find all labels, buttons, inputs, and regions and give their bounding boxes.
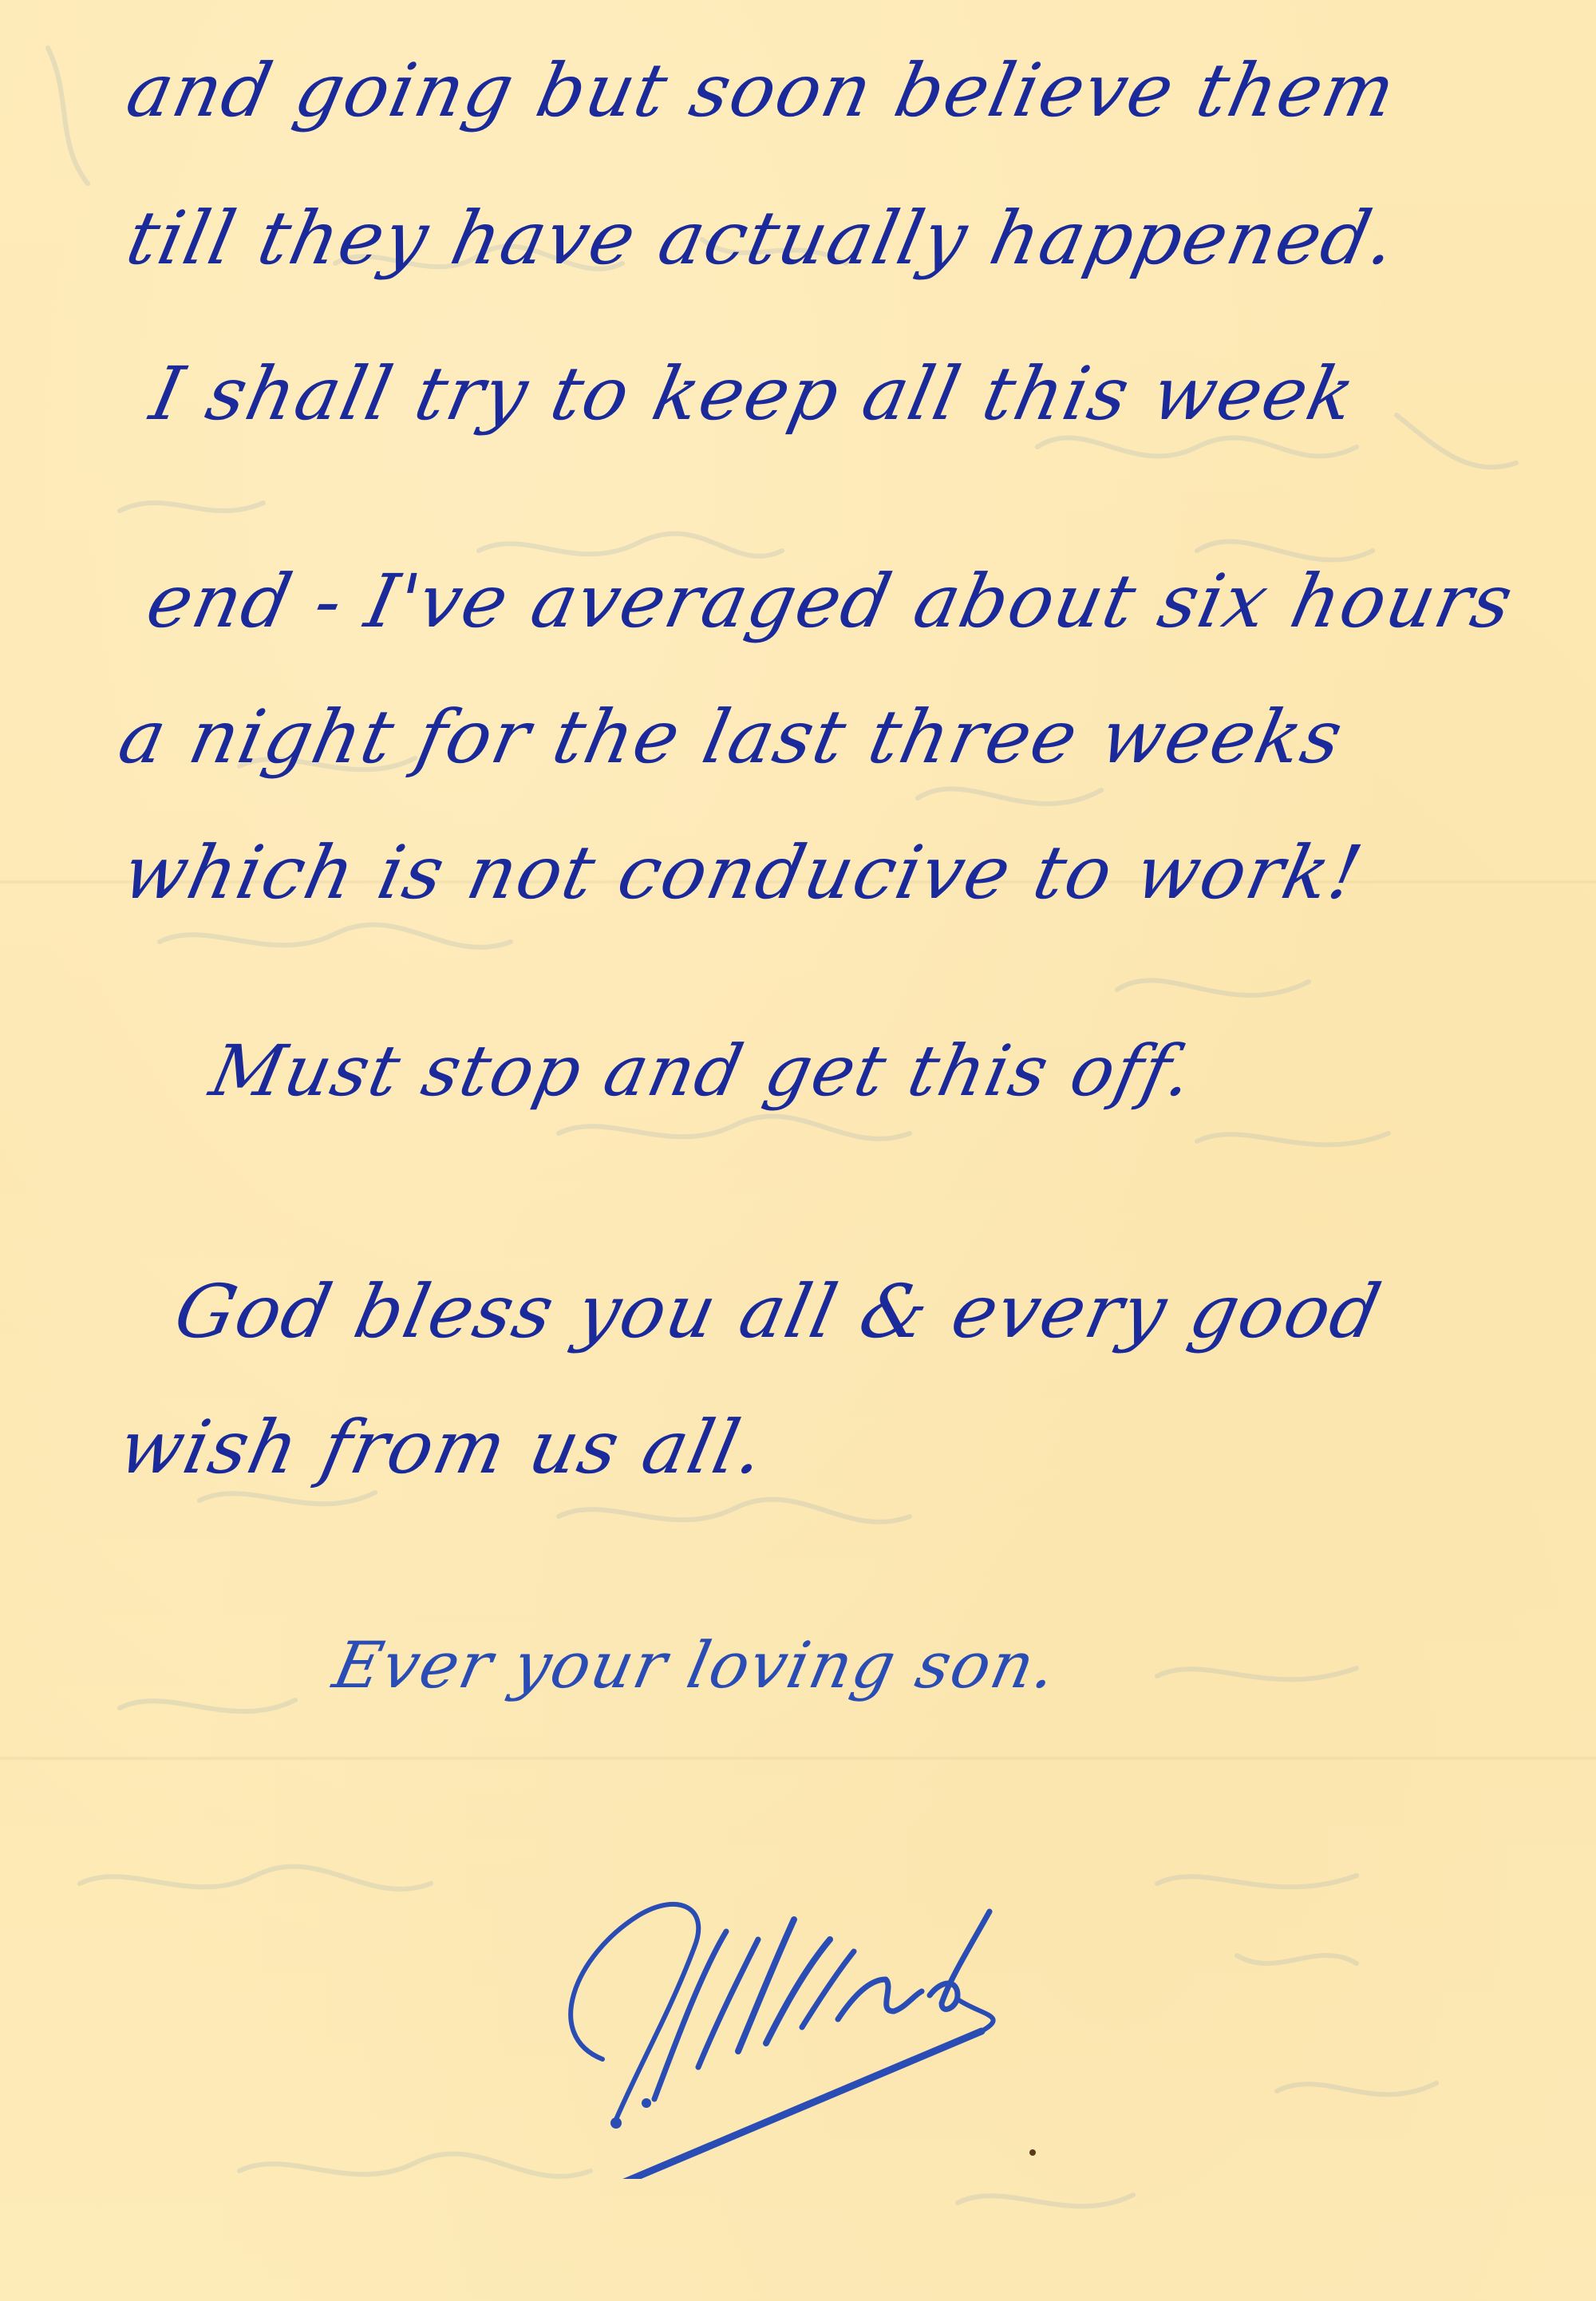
letter-line: God bless you all & every good [168, 1269, 1389, 1354]
letter-line: I shall try to keep all this week [144, 351, 1364, 437]
paper-fold-line [0, 1756, 1596, 1761]
letter-line: end - I've averaged about six hours [140, 559, 1521, 644]
letter-line: wish from us all. [112, 1405, 773, 1490]
letter-line: till they have actually happened. [120, 196, 1405, 281]
signature [527, 1860, 1053, 2179]
letter-line: Must stop and get this off. [203, 1030, 1201, 1112]
letter-page: and going but soon believe them till the… [0, 0, 1596, 2301]
letter-line: a night for the last three weeks [112, 694, 1351, 780]
letter-line: which is not conducive to work! [116, 830, 1370, 915]
ink-spot [1029, 2149, 1036, 2156]
closing-line: Ever your loving son. [327, 1628, 1065, 1702]
letter-line: and going but soon believe them [120, 48, 1404, 133]
